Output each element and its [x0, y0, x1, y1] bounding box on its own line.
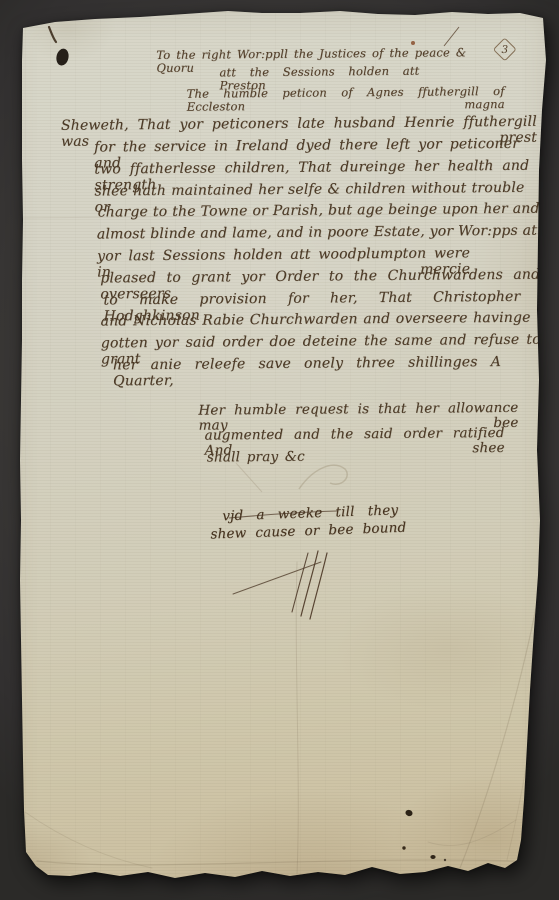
paper-sheet: To the right Wor:ppll the Justices of th… — [0, 0, 559, 900]
photo-background: To the right Wor:ppll the Justices of th… — [0, 0, 559, 900]
manuscript-page: To the right Wor:ppll the Justices of th… — [0, 0, 559, 900]
paper-edge-shading — [0, 0, 559, 900]
